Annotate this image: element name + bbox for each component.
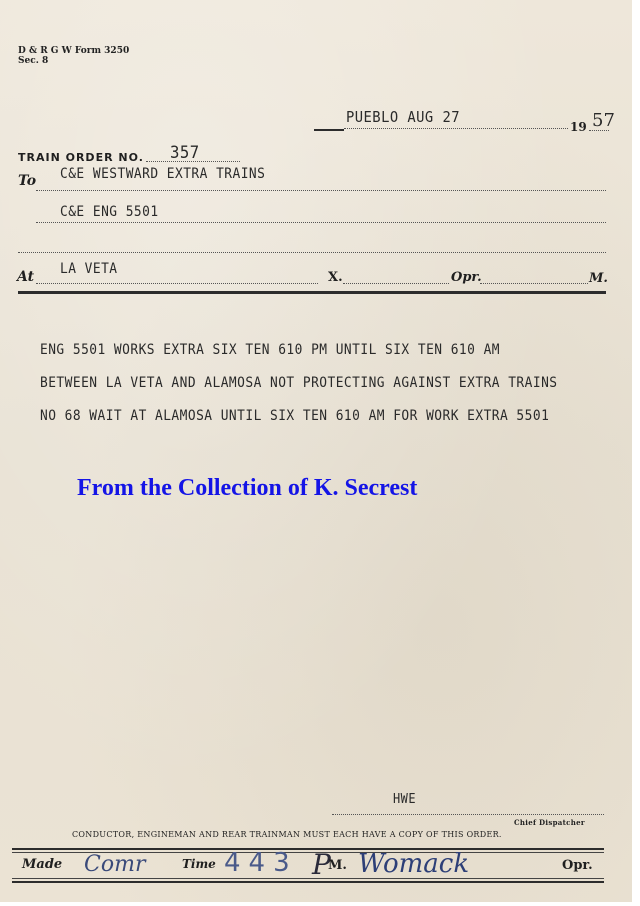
form-section: Sec. 8 (18, 56, 48, 66)
operator-signature: Womack (358, 849, 469, 879)
to-line-3 (18, 252, 606, 253)
at-label: At (17, 269, 34, 285)
time-label: Time (182, 857, 216, 871)
footer-top-rule (12, 848, 604, 850)
dispatcher-line (332, 814, 604, 815)
made-value: Comr (84, 852, 145, 877)
m-label: M. (589, 271, 608, 286)
order-text-line-2: BETWEEN LA VETA AND ALAMOSA NOT PROTECTI… (40, 375, 558, 391)
year-line (589, 130, 609, 131)
date-line-solid (314, 129, 344, 131)
collection-watermark: From the Collection of K. Secrest (77, 475, 417, 502)
to-label: To (18, 173, 36, 189)
header-divider (18, 291, 606, 294)
dispatcher-initials: HWE (393, 792, 416, 807)
opr-line (480, 283, 588, 284)
at-line (36, 283, 318, 284)
train-order-number: 357 (170, 143, 200, 163)
chief-dispatcher-label: Chief Dispatcher (514, 818, 585, 827)
form-number: D & R G W Form 3250 (18, 46, 129, 56)
to-line-2 (36, 222, 606, 223)
train-order-label: TRAIN ORDER NO. (18, 151, 144, 164)
to-line-1 (36, 190, 606, 191)
year-suffix: 57 (592, 110, 615, 131)
time-value: 443 (224, 848, 298, 878)
at-value: LA VETA (60, 261, 118, 277)
time-m-label: M. (328, 858, 347, 873)
place-date: PUEBLO AUG 27 (346, 108, 460, 126)
to-value-line1: C&E WESTWARD EXTRA TRAINS (60, 166, 265, 182)
x-line (343, 283, 449, 284)
copy-notice: CONDUCTOR, ENGINEMAN AND REAR TRAINMAN M… (72, 830, 502, 839)
order-text-line-1: ENG 5501 WORKS EXTRA SIX TEN 610 PM UNTI… (40, 342, 500, 358)
footer-opr-label: Opr. (562, 858, 593, 873)
made-label: Made (22, 857, 62, 872)
footer-bottom-rule-thin (12, 878, 604, 879)
footer-bottom-rule (12, 881, 604, 883)
opr-label: Opr. (451, 270, 482, 285)
x-label: X. (328, 270, 343, 285)
year-prefix: 19 (570, 120, 587, 134)
train-order-form: D & R G W Form 3250 Sec. 8 PUEBLO AUG 27… (0, 0, 632, 902)
to-value-line2: C&E ENG 5501 (60, 204, 159, 220)
date-line (344, 128, 568, 129)
order-text-line-3: NO 68 WAIT AT ALAMOSA UNTIL SIX TEN 610 … (40, 408, 549, 424)
